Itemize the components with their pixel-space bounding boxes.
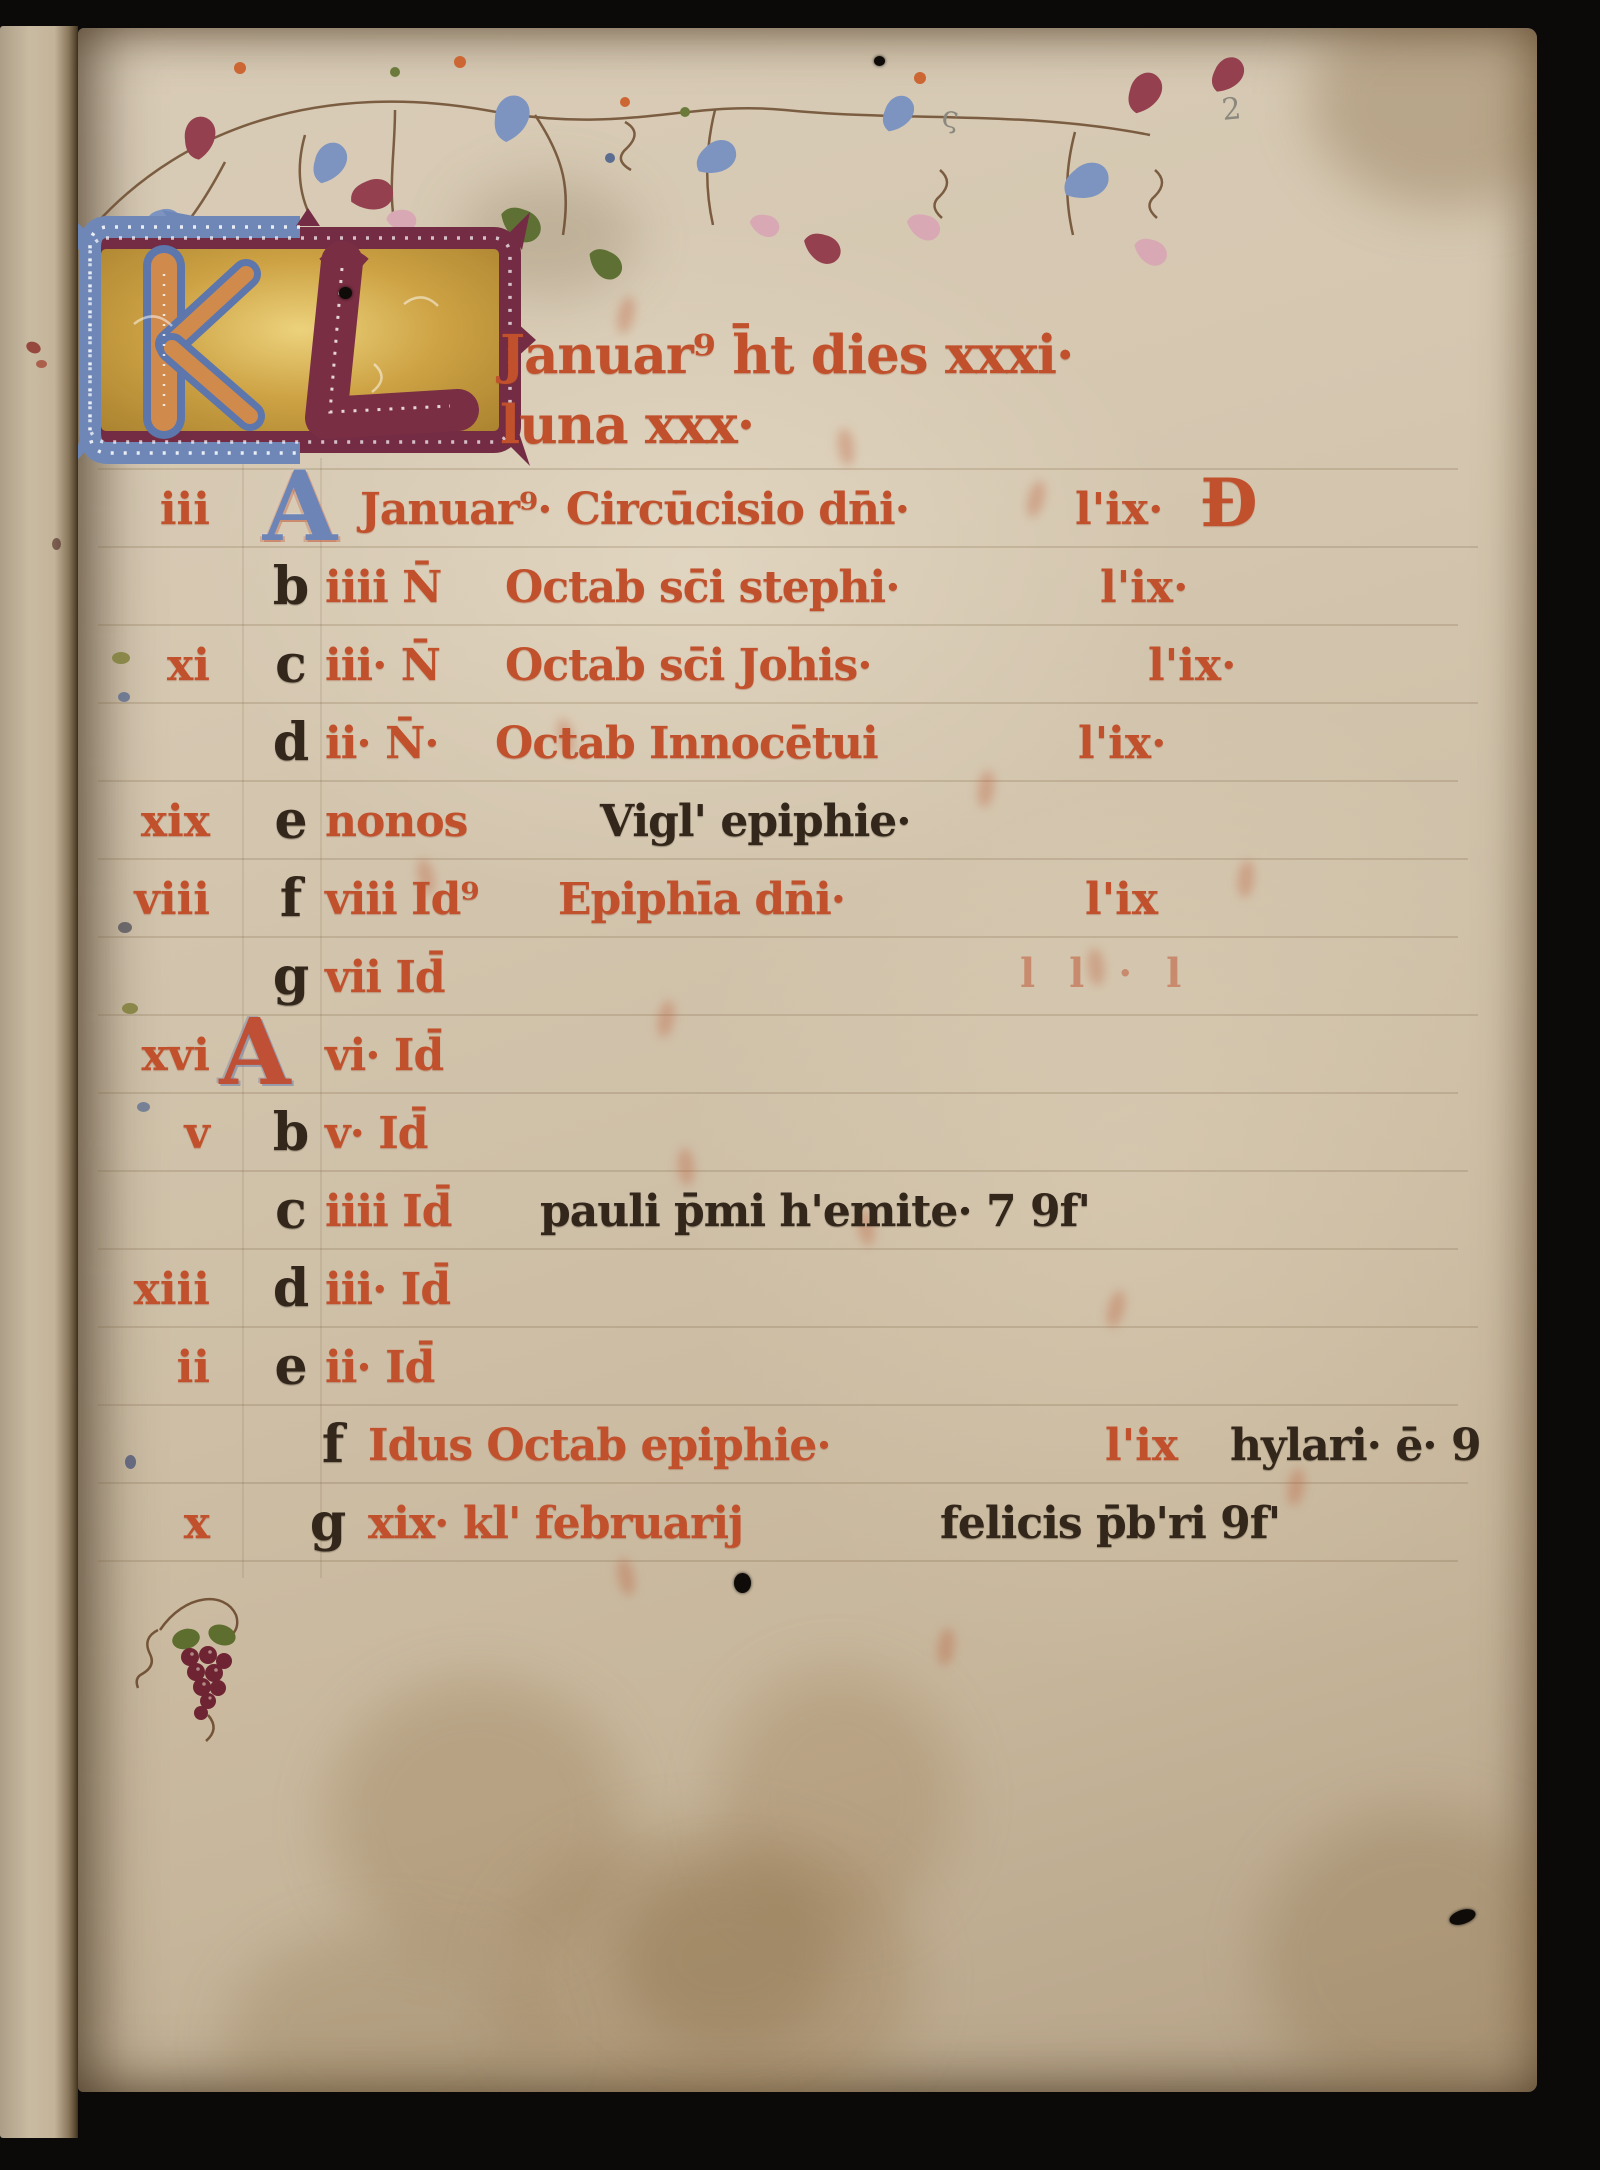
- dominical-letter: f: [246, 868, 336, 929]
- dominical-letter: b: [246, 556, 336, 617]
- roman-date: iiii N̄: [325, 562, 441, 613]
- golden-number: iii: [95, 484, 210, 535]
- dominical-letter: e: [246, 1336, 336, 1397]
- golden-number: v: [95, 1108, 210, 1159]
- grape-cluster: [181, 1646, 232, 1720]
- lunar-age: l'ix: [1085, 874, 1158, 925]
- feast-entry: Epiphīa dn̄i·: [558, 874, 845, 925]
- golden-number: ii: [95, 1342, 210, 1393]
- paint-speck: [36, 360, 47, 368]
- feast-entry: Octab sc̄i Johis·: [505, 640, 872, 691]
- month-header-line2: luna xxx·: [500, 394, 754, 456]
- calendar-row: d ii· N̄· Octab Innocētui l'ix·: [78, 712, 1537, 792]
- calendar-row: v b v· Id̄: [78, 1102, 1537, 1182]
- calendar-row: iii A Januar⁹· Circūcisio dn̄i· l'ix· Ɖ: [78, 478, 1537, 558]
- paint-speck: [52, 538, 61, 550]
- parchment-page: KL: [78, 28, 1537, 2092]
- dominical-letter: b: [246, 1102, 336, 1163]
- golden-number: xiii: [95, 1264, 210, 1315]
- month-header-line1: Januar⁹ h̄t dies xxxi·: [500, 324, 1073, 386]
- feast-entry: Octab Innocētui: [495, 718, 878, 769]
- roman-date: xix· kl' februarij: [368, 1498, 743, 1549]
- dominical-letter: e: [246, 790, 336, 851]
- lunar-age: l'ix·: [1078, 718, 1166, 769]
- feast-entry: Januar⁹· Circūcisio dn̄i·: [360, 484, 909, 535]
- lunar-age: l'ix: [1105, 1420, 1178, 1471]
- photograph-of-manuscript: KL: [0, 0, 1600, 2170]
- wormhole: [734, 1573, 751, 1593]
- corner-browning: [1258, 1808, 1537, 2092]
- roman-date: Idus Octab epiphie·: [368, 1420, 831, 1471]
- dominical-letter: c: [246, 1180, 336, 1241]
- dominical-letter: c: [246, 634, 336, 695]
- calendar-row: xvi A vi· Id̄: [78, 1024, 1537, 1104]
- roman-date: iiii Id̄: [325, 1186, 452, 1237]
- feast-entry: Vigl' epiphie·: [600, 796, 911, 847]
- feast-entry: felicis p̄b'ri 9f': [940, 1498, 1280, 1549]
- roman-date: ii· N̄·: [325, 718, 439, 769]
- illuminated-initial-A: A: [245, 450, 355, 563]
- golden-number: xi: [95, 640, 210, 691]
- roman-date: v· Id̄: [325, 1108, 428, 1159]
- wormhole: [339, 287, 352, 299]
- pen-squiggle: 2: [1220, 91, 1243, 128]
- illuminated-initial-A: A: [200, 998, 310, 1106]
- calendar-row: f Idus Octab epiphie· l'ix hylari· ē· 9: [78, 1414, 1537, 1494]
- lunar-age: l'ix·: [1100, 562, 1188, 613]
- corner-browning: [1308, 28, 1537, 208]
- calendar-row: b iiii N̄ Octab sc̄i stephi· l'ix·: [78, 556, 1537, 636]
- roman-date: iii· N̄: [325, 640, 440, 691]
- faded-offset-marks: l l · l: [1020, 950, 1191, 997]
- dominical-letter: f: [288, 1414, 378, 1475]
- golden-number: xix: [95, 796, 210, 847]
- roman-date: ii· Id̄: [325, 1342, 434, 1393]
- lunar-age: l'ix·: [1148, 640, 1236, 691]
- dominical-letter: g: [283, 1492, 373, 1553]
- calendar-row: x g xix· kl' februarij felicis p̄b'ri 9f…: [78, 1492, 1537, 1572]
- calendar-row: viii f viii Id⁹ Epiphīa dn̄i· l'ix: [78, 868, 1537, 948]
- calendar-row: xiii d iii· Id̄: [78, 1258, 1537, 1338]
- calendar-row: ii e ii· Id̄: [78, 1336, 1537, 1416]
- roman-date: viii Id⁹: [325, 874, 479, 925]
- dominical-letter: d: [246, 712, 336, 773]
- marginal-initial: Ɖ: [1200, 464, 1258, 542]
- calendar-row: xi c iii· N̄ Octab sc̄i Johis· l'ix·: [78, 634, 1537, 714]
- roman-date: vii Id̄: [325, 952, 445, 1003]
- golden-number: x: [95, 1498, 210, 1549]
- feast-entry: hylari· ē· 9: [1230, 1420, 1481, 1471]
- grape-vine-decoration: [130, 1585, 280, 1760]
- roman-date: vi· Id̄: [325, 1030, 443, 1081]
- lunar-age: l'ix·: [1075, 484, 1163, 535]
- calendar-row: xix e nonos Vigl' epiphie·: [78, 790, 1537, 870]
- kl-monogram-label: KL: [78, 28, 79, 29]
- dominical-letter: d: [246, 1258, 336, 1319]
- feast-entry: Octab sc̄i stephi·: [505, 562, 900, 613]
- calendar-row: c iiii Id̄ pauli p̄mi h'emite· 7 9f': [78, 1180, 1537, 1260]
- golden-number: xvi: [95, 1030, 210, 1081]
- golden-number: viii: [95, 874, 210, 925]
- previous-folio-edge: [0, 26, 78, 2138]
- roman-date: iii· Id̄: [325, 1264, 450, 1315]
- water-stain-core: [618, 1868, 838, 2048]
- wormhole: [874, 56, 885, 66]
- roman-date: nonos: [325, 796, 467, 847]
- feast-entry: pauli p̄mi h'emite· 7 9f': [540, 1186, 1090, 1237]
